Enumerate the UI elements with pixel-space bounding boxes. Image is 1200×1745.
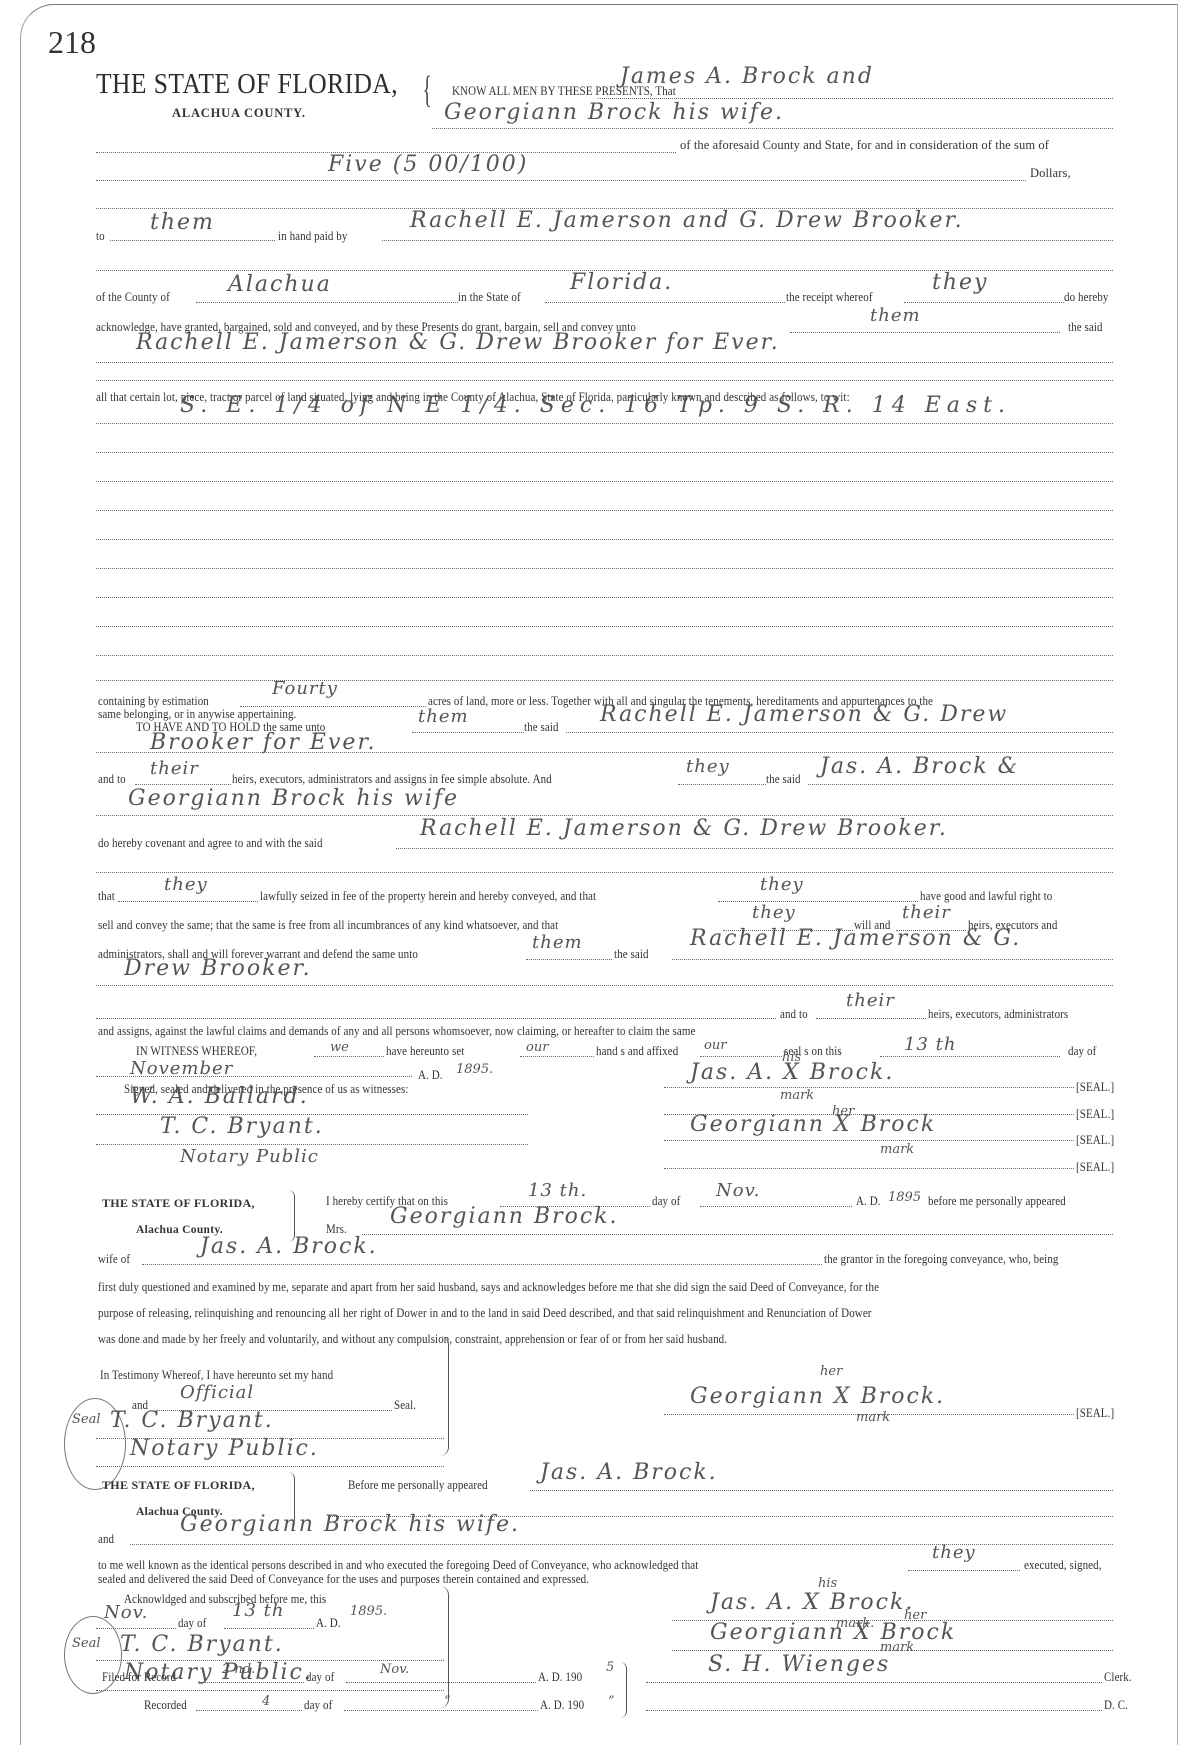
rule [700,1206,852,1207]
rule [96,655,1113,656]
well-known-text: to me well known as the identical person… [98,1558,698,1573]
receipt-value: they [932,270,988,295]
hands-affixed: hand s and affixed [596,1044,678,1059]
appeared-text: before me personally appeared [928,1194,1066,1209]
convey-unto-value: them [870,305,921,326]
seal-4: [SEAL.] [1076,1160,1114,1175]
joint-year-value: 1895. [350,1604,387,1619]
rule [96,539,1113,540]
joint-sig-2-her: her [904,1608,926,1623]
witness-2: T. C. Bryant. [160,1114,324,1139]
rule [314,1056,384,1057]
witness-1: W. A. Ballard. [130,1084,309,1109]
grantors-line2: Georgiann Brock his wife. [444,100,784,125]
rule [96,597,1113,598]
rule [346,1682,536,1683]
consideration-text: of the aforesaid County and State, for a… [680,138,1049,153]
signature-3-her: her [832,1104,854,1119]
executed-text: executed, signed, [1024,1558,1102,1573]
rule [520,1056,594,1057]
day-value: 13 th [904,1034,956,1055]
the-said: the said [524,720,559,735]
rule [718,901,918,902]
rule [646,1710,1102,1711]
wife-of-value: Jas. A. Brock. [200,1234,378,1259]
day-of-5: day of [304,1698,332,1713]
state-value: Florida. [570,270,673,295]
seal-1: [SEAL.] [1076,1080,1114,1095]
acres-value: Fourty [272,678,338,699]
state-title: THE STATE OF FLORIDA, [96,68,398,101]
rule [904,302,1064,303]
recorded-month: ” [444,1694,451,1709]
grantor-line2: Georgiann Brock his wife [128,786,459,811]
rule [362,1234,1113,1235]
joint-ack-state: THE STATE OF FLORIDA, [102,1478,255,1493]
clerk-label: Clerk. [1104,1670,1132,1685]
the-said-2: the said [766,772,801,787]
rule [200,1682,304,1683]
filed-ad: A. D. 190 [538,1670,582,1685]
grantor-line1: Jas. A. Brock & [820,754,1019,779]
ack-para-3: was done and made by her freely and volu… [98,1332,727,1347]
legal-description: S. E. 1/4 of N E 1/4. Sec. 16 Tp. 9 S. R… [180,393,1011,418]
in-witness: IN WITNESS WHEREOF, [136,1044,257,1059]
rule [908,1570,1020,1571]
brace [620,1662,627,1718]
sell-value: they [752,902,796,923]
rule [96,362,1113,363]
seized-value: they [760,874,804,895]
and-to-label-2: and to [780,1007,808,1022]
ack-value: they [932,1542,976,1563]
rule [382,240,1113,241]
rule [196,1710,302,1711]
seal-label: Seal. [394,1398,416,1413]
grantor-text: the grantor in the foregoing conveyance,… [824,1252,1059,1267]
rule [664,1140,1074,1141]
rule [526,959,612,960]
wife-of-label: wife of [98,1252,130,1267]
covenant-value: Rachell E. Jamerson & G. Drew Brooker. [420,816,948,841]
rule [96,452,1113,453]
our2-value: our [704,1038,726,1053]
rule [96,985,1113,986]
rule [135,784,231,785]
to-have-value: them [418,706,469,727]
page-number: 218 [48,24,96,61]
rule [96,872,1113,873]
testimony-text: In Testimony Whereof, I have hereunto se… [100,1368,333,1383]
rule [530,1490,1113,1491]
rule [646,1682,1102,1683]
assigns-text: and assigns, against the lawful claims a… [98,1024,696,1039]
wife-signature-her: her [820,1364,842,1379]
and-to-label: and to [98,772,126,787]
and-official-value: Official [180,1382,254,1403]
rule [700,1056,782,1057]
admin-value: them [532,932,583,953]
and-to-value-2: their [846,990,895,1011]
rule [118,901,258,902]
and-to-value: their [150,758,199,779]
defend-line2: Drew Brooker. [124,956,312,981]
rule [396,848,1113,849]
recorded-label: Recorded [144,1698,187,1713]
ad-label-2: A. D. [856,1194,881,1209]
filed-label: Filed for Record [102,1670,176,1685]
joint-month-value: 13 th [232,1600,284,1621]
wife-ack-day: 13 th. [528,1180,587,1201]
signature-3-mark: mark [880,1142,914,1157]
notary-title: Notary Public. [130,1436,319,1461]
wife-signature: Georgiann X Brock. [690,1384,945,1409]
rule [432,128,1113,129]
consideration-amount: Five (5 00/100) [328,152,528,177]
rule [96,568,1113,569]
rule [808,784,1113,785]
ad-label: A. D. [418,1068,443,1083]
mrs-value: Georgiann Brock. [390,1204,619,1229]
filed-day: 2 nd. [222,1662,255,1677]
signature-1-his: his [782,1050,801,1065]
rule [664,1087,1074,1088]
and-value: they [686,756,730,777]
rule [224,1628,314,1629]
rule [790,332,1060,333]
rule [96,626,1113,627]
joint-day-value: Nov. [104,1602,148,1623]
recorded-ad: A. D. 190 [540,1698,584,1713]
that-value: they [164,874,208,895]
to-value: them [150,210,215,235]
heirs-text: heirs, executors, administrators and ass… [232,772,552,787]
grantees-value: Rachell E. Jamerson & G. Drew Brooker fo… [136,330,780,355]
grantors-line1: James A. Brock and [620,64,874,89]
rule [96,1466,444,1467]
rule [566,732,1113,733]
we-value: we [330,1040,349,1055]
filed-month: Nov. [380,1662,409,1677]
rule [96,380,1113,381]
wife-ack-month: Nov. [716,1180,760,1201]
wife-seal: [SEAL.] [1076,1406,1114,1421]
seized-text: lawfully seized in fee of the property h… [260,889,596,904]
rule [678,784,766,785]
dollars-label: Dollars, [1030,166,1071,181]
county-value: Alachua [228,272,332,297]
ack-para-2: purpose of releasing, relinquishing and … [98,1306,872,1321]
covenant-label: do hereby covenant and agree to and with… [98,836,323,851]
joint-notary-name: T. C. Bryant. [120,1632,284,1657]
witness-3: Notary Public [180,1146,319,1167]
rule [672,959,1113,960]
rule [96,510,1113,511]
day-of: day of [1068,1044,1096,1059]
ack-para-1: first duly questioned and examined by me… [98,1280,879,1295]
rule [96,1690,444,1691]
recorded-day: 4 [262,1694,270,1709]
month-value: November [130,1058,233,1079]
rule [96,680,1113,681]
rule [816,1018,926,1019]
dc-label: D. C. [1104,1698,1128,1713]
joint-sig-1-his: his [818,1576,837,1591]
rule [110,240,275,241]
sell-text: sell and convey the same; that the same … [98,918,558,933]
rule [96,481,1113,482]
wife-ack-year: 1895 [888,1190,921,1205]
holders-line2: Brooker for Ever. [150,730,377,755]
day-of-3: day of [178,1616,206,1631]
before-me-text: Before me personally appeared [348,1478,488,1493]
and-label-2: and [98,1532,114,1547]
signature-1-mark: mark [780,1088,814,1103]
notary-seal-mark-2: Seal [72,1636,101,1651]
paid-by-value: Rachell E. Jamerson and G. Drew Brooker. [410,208,964,233]
joint-sig-2: Georgiann X Brock [710,1620,956,1645]
wife-signature-mark: mark [856,1410,890,1425]
that-label: that [98,889,115,904]
rule [96,1144,528,1145]
rule [142,1264,822,1265]
day-of-4: day of [306,1670,334,1685]
rule [412,732,524,733]
appeared-value: Jas. A. Brock. [540,1460,718,1485]
sealed-delivered-text: sealed and delivered the said Deed of Co… [98,1572,589,1587]
rule [664,1168,1074,1169]
brace: { [423,68,432,112]
joint-sig-1: Jas. A. X Brock. [710,1590,914,1615]
county-subtitle: ALACHUA COUNTY. [172,106,306,121]
county-label: of the County of [96,290,170,305]
rule [96,423,1113,424]
our-value: our [526,1040,548,1055]
the-said: the said [1068,320,1103,335]
ad-label-3: A. D. [316,1616,341,1631]
will-value: their [902,902,951,923]
seal-3: [SEAL.] [1076,1133,1114,1148]
rule [96,1018,776,1019]
rule [880,1056,1060,1057]
the-said-3: the said [614,947,649,962]
receipt-label: the receipt whereof [786,290,873,305]
rule [545,302,785,303]
notary-name: T. C. Bryant. [110,1408,274,1433]
heirs-admin: heirs, executors, administrators [928,1007,1068,1022]
year-value: 1895. [456,1062,493,1077]
signature-3: Georgiann X Brock [690,1112,936,1137]
day-of-2: day of [652,1194,680,1209]
do-hereby: do hereby [1064,290,1108,305]
and-value-2: Georgiann Brock his wife. [180,1512,520,1537]
defend-line1: Rachell E. Jamerson & G. [690,926,1021,951]
rule [598,98,1113,99]
clerk-name: S. H. Wienges [708,1652,890,1677]
notary-seal-mark: Seal [72,1412,101,1427]
state-label: in the State of [458,290,521,305]
acknowledged-text: Acknowldged and subscribed before me, th… [124,1592,326,1607]
rule [196,302,458,303]
paid-by-label: in hand paid by [278,229,347,244]
hereunto-set: have hereunto set [386,1044,464,1059]
filed-year: 5 [606,1660,614,1675]
to-label: to [96,229,105,244]
recorded-year: ” [608,1694,615,1709]
wife-ack-state: THE STATE OF FLORIDA, [102,1196,255,1211]
rule [96,180,1026,181]
rule [344,1710,538,1711]
seal-2: [SEAL.] [1076,1107,1114,1122]
holders-line1: Rachell E. Jamerson & G. Drew [600,702,1008,727]
